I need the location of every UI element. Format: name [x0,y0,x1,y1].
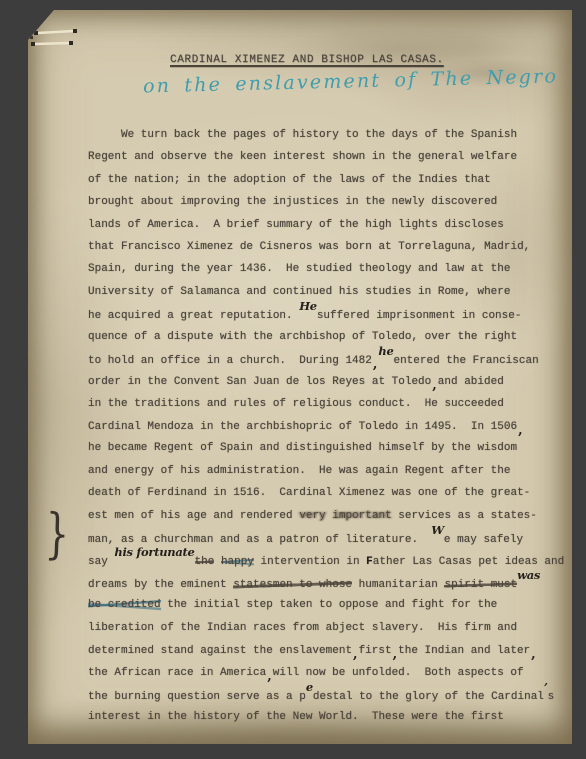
manuscript-page: CARDINAL XIMENEZ AND BISHOP LAS CASAS. o… [28,10,572,744]
handwritten-comma: , [531,647,536,662]
handwritten-insert: was [517,568,540,582]
typed-line: the burning question serve as a pedestal… [88,684,558,706]
typed-text: est men of his age and rendered [88,510,299,522]
typed-text: in the traditions and rules of religious… [88,398,504,410]
typed-text: ather Las Casas pet ideas and [373,556,564,568]
typed-text: s [548,691,555,703]
typed-text: the African race in America [88,667,266,679]
handwritten-insert: ’ [544,680,548,694]
typed-text: to hold an office in a church. During 14… [88,355,372,367]
handwritten-comma: , [353,647,358,662]
typed-text: he acquired a great reputation. [88,310,299,322]
handwritten-comma: , [518,423,523,438]
typed-line: and energy of his administration. He was… [88,460,558,482]
typed-line: Cardinal Mendoza in the archbishopric of… [88,415,558,437]
typed-text: order in the Convent San Juan de los Rey… [88,376,431,388]
struck-text: statesmen to whose [233,579,352,591]
struck-text: spirit must [444,579,517,591]
typed-text: lands of America. A brief summary of the… [88,219,504,231]
handwritten-insert: W [431,523,444,537]
typed-line: in the traditions and rules of religious… [88,393,558,415]
typed-text: University of Salamanca and continued hi… [88,286,510,298]
typed-text: interest in the history of the New World… [88,711,504,723]
typed-line: of the nation; in the adoption of the la… [88,169,558,191]
typed-text: Spain, during the year 1436. He studied … [88,263,510,275]
typed-text: We turn back the pages of history to the… [88,129,517,141]
handwritten-comma: , [373,357,378,372]
typed-line: say his fortunatethe happy intervention … [88,549,558,571]
handwritten-insert: his fortunate [114,545,194,559]
typed-text: suffered imprisonment in conse- [317,310,522,322]
typed-text: intervention in [254,556,366,568]
document-body: We turn back the pages of history to the… [88,124,558,729]
typed-line: be credited the initial step taken to op… [88,594,558,616]
typed-text: e may safely [444,534,523,546]
margin-brace: } [44,502,70,566]
typed-text: humanitarian [352,579,444,591]
typed-text: quence of a dispute with the archbishop … [88,331,517,343]
typed-text: and abided [438,376,504,388]
typed-line: that Francisco Ximenez de Cisneros was b… [88,236,558,258]
typed-line: order in the Convent San Juan de los Rey… [88,370,558,392]
struck-text-blue: happy [221,556,254,568]
typed-line: lands of America. A brief summary of the… [88,214,558,236]
typed-line: We turn back the pages of history to the… [88,124,558,146]
typed-text: of the nation; in the adoption of the la… [88,174,491,186]
typed-line: determined stand against the enslavement… [88,639,558,661]
typed-line: he acquired a great reputation. Hesuffer… [88,303,558,325]
typed-text: will now be unfolded. Both aspects of [273,667,524,679]
typed-line: brought about improving the injustices i… [88,191,558,213]
typed-line: Regent and observe the keen interest sho… [88,146,558,168]
typed-line: quence of a dispute with the archbishop … [88,326,558,348]
typed-line: interest in the history of the New World… [88,706,558,728]
typed-text: brought about improving the injustices i… [88,196,497,208]
typed-line: liberation of the Indian races from abje… [88,617,558,639]
typed-line: to hold an office in a church. During 14… [88,348,558,370]
typed-text: Cardinal Mendoza in the archbishopric of… [88,421,517,433]
typed-text: Regent and observe the keen interest sho… [88,151,517,163]
smudged-text: very important [299,510,391,522]
typed-text: the burning question serve as a p [88,691,306,703]
typed-text: and energy of his administration. He was… [88,465,510,477]
typed-text: say [88,556,114,568]
struck-text: the [195,556,215,568]
typed-text: dreams by the eminent [88,579,233,591]
typed-text: the Indian and later [398,645,530,657]
struck-text-blue: be credited [88,599,161,611]
typed-text: first [359,645,392,657]
staple-marks-icon [30,26,82,52]
typed-text: services as a states- [392,510,537,522]
typed-text: determined stand against the enslavement [88,645,352,657]
typed-line: he became Regent of Spain and distinguis… [88,437,558,459]
typed-text: liberation of the Indian races from abje… [88,622,517,634]
typed-line: University of Salamanca and continued hi… [88,281,558,303]
typed-text: the initial step taken to oppose and fig… [161,599,498,611]
typed-line: death of Ferdinand in 1516. Cardinal Xim… [88,482,558,504]
handwritten-annotation: on the enslavement of The Negro Race [143,65,586,98]
handwritten-insert: he [378,344,393,358]
typed-text: he became Regent of Spain and distinguis… [88,442,517,454]
overwritten-letter: F [366,556,373,568]
typed-text [214,556,221,568]
page-title: CARDINAL XIMENEZ AND BISHOP LAS CASAS. [170,54,444,66]
handwritten-insert: He [299,299,317,313]
typed-text: that Francisco Ximenez de Cisneros was b… [88,241,530,253]
handwritten-comma: , [267,669,272,684]
typed-line: est men of his age and rendered very imp… [88,505,558,527]
typed-text: destal to the glory of the Cardinal [313,691,544,703]
handwritten-insert: e [306,680,313,694]
handwritten-comma: , [432,378,437,393]
typed-text: entered the Franciscan [393,355,538,367]
typed-line: dreams by the eminent statesmen to whose… [88,572,558,594]
handwritten-comma: , [393,647,398,662]
typed-line: Spain, during the year 1436. He studied … [88,258,558,280]
typed-text: death of Ferdinand in 1516. Cardinal Xim… [88,487,530,499]
typed-line: the African race in America,will now be … [88,661,558,683]
